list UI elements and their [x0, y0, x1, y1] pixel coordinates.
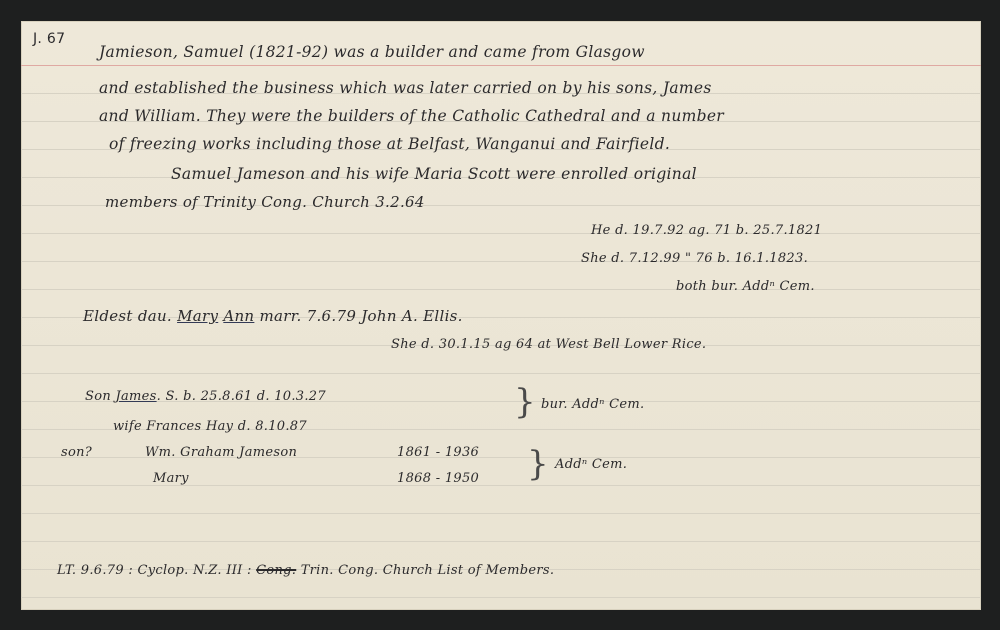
daughter-name-second: Ann [223, 307, 254, 325]
card-reference: J. 67 [33, 31, 65, 47]
son-william-wife: Mary [153, 471, 189, 486]
daughter-prefix: Eldest dau. [83, 307, 172, 325]
son-james-entry: Son James. S. b. 25.8.61 d. 10.3.27 [85, 389, 326, 404]
ruled-line [21, 261, 981, 262]
biography-line-6: members of Trinity Cong. Church 3.2.64 [105, 193, 425, 211]
son-james-burial: bur. Addⁿ Cem. [541, 397, 644, 412]
ruled-line [21, 233, 981, 234]
son-james-details: . S. b. 25.8.61 d. 10.3.27 [157, 389, 326, 404]
biography-line-2: and established the business which was l… [99, 79, 712, 97]
daughter-marriage: marr. 7.6.79 John A. Ellis. [259, 307, 462, 325]
biography-line-3: and William. They were the builders of t… [99, 107, 724, 125]
sources-struck-text: Cong. [256, 563, 296, 578]
biography-line-5: Samuel Jameson and his wife Maria Scott … [171, 165, 697, 183]
index-card: J. 67 Jamieson, Samuel (1821-92) was a b… [21, 21, 981, 610]
daughter-death: She d. 30.1.15 ag 64 at West Bell Lower … [391, 337, 706, 352]
son-james-wife: wife Frances Hay d. 8.10.87 [113, 419, 307, 434]
son-william-prefix: son? [61, 445, 92, 460]
brace-icon: } [527, 447, 549, 481]
sources-prefix: LT. 9.6.79 : Cyclop. N.Z. III : [57, 563, 252, 578]
biography-line-4: of freezing works including those at Bel… [109, 135, 670, 153]
sources-line: LT. 9.6.79 : Cyclop. N.Z. III : Cong. Tr… [57, 563, 554, 578]
father-dates: He d. 19.7.92 ag. 71 b. 25.7.1821 [591, 223, 822, 238]
ruled-line [21, 373, 981, 374]
son-william-name: Wm. Graham Jameson [145, 445, 297, 460]
son-william-burial: Addⁿ Cem. [555, 457, 627, 472]
ruled-line [21, 289, 981, 290]
biography-line-1: Jamieson, Samuel (1821-92) was a builder… [99, 43, 645, 61]
ruled-line [21, 597, 981, 598]
son-william-years: 1861 - 1936 [397, 445, 479, 460]
son-james-prefix: Son [85, 389, 111, 404]
daughter-entry: Eldest dau. Mary Ann marr. 7.6.79 John A… [83, 307, 463, 325]
son-james-name: James [115, 389, 156, 404]
son-william-wife-years: 1868 - 1950 [397, 471, 479, 486]
brace-icon: } [514, 385, 536, 419]
ruled-line [21, 513, 981, 514]
mother-dates: She d. 7.12.99 " 76 b. 16.1.1823. [581, 251, 808, 266]
daughter-name-first: Mary [177, 307, 218, 325]
parents-burial: both bur. Addⁿ Cem. [676, 279, 815, 294]
ruled-line [21, 541, 981, 542]
header-rule [21, 65, 981, 66]
sources-rest: Trin. Cong. Church List of Members. [301, 563, 555, 578]
